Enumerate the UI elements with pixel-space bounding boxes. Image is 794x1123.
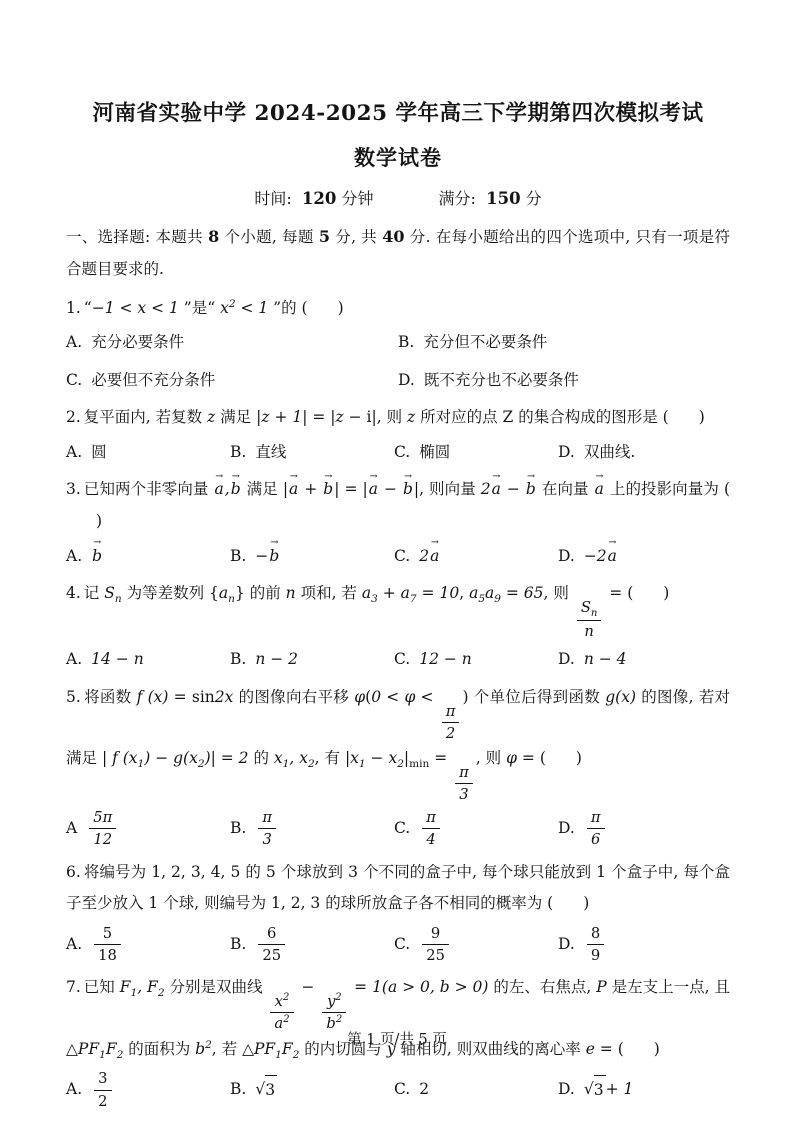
math-segment: 2: [481, 480, 491, 498]
text-segment: 直线: [255, 438, 286, 467]
text-segment: 必要但不充分条件: [91, 366, 215, 395]
fraction-numerator: π: [455, 763, 473, 784]
fraction-numerator: 9: [422, 924, 449, 945]
math-segment: f (x) =: [137, 688, 192, 706]
q1-option-D: D.既不充分也不必要条件: [398, 366, 730, 395]
math-segment: = 10: [417, 584, 460, 602]
fraction: π3: [258, 808, 276, 849]
math-segment: , x: [289, 749, 308, 767]
math-segment: (: [663, 408, 669, 426]
question-stem: 7.已知 F1, F2 分别是双曲线 x2a2 − y2b2 = 1(a > 0…: [66, 972, 730, 1065]
math-segment: ,: [225, 480, 230, 498]
math-segment: −: [379, 480, 402, 498]
page-footer: 第 1 页/共 5 页: [0, 1028, 794, 1049]
math-segment: a: [219, 584, 228, 602]
text-segment: 的前: [245, 584, 286, 602]
math-segment: ): [576, 749, 582, 767]
fraction: Snn: [577, 598, 602, 641]
options-grid: A.充分必要条件B.充分但不必要条件C.必要但不充分条件D.既不充分也不必要条件: [66, 328, 730, 395]
question-1: 1.“−1 < x < 1 ”是“ x2 < 1 ”的 ()A.充分必要条件B.…: [66, 293, 730, 396]
vector-symbol: a: [595, 474, 604, 506]
text-segment: ”的: [268, 299, 301, 317]
q4-option-C: C.12 − n: [394, 645, 558, 674]
subscript: 7: [410, 593, 417, 605]
math-segment: x: [274, 749, 283, 767]
math-segment: 8: [591, 925, 600, 942]
math-segment: 5: [103, 925, 112, 942]
text-segment: 已知: [84, 978, 120, 996]
vector-symbol: a: [289, 474, 298, 506]
fraction: 925: [422, 924, 449, 965]
math-segment: z: [407, 408, 415, 426]
text-segment: 个单位后得到函数: [469, 688, 606, 706]
option-label: D.: [558, 645, 575, 674]
q2-option-C: C.椭圆: [394, 438, 558, 467]
math-segment: 2: [419, 542, 429, 571]
math-segment: (: [302, 299, 308, 317]
math-segment: a: [362, 584, 371, 602]
radical-sign: √: [584, 1075, 594, 1105]
q2-option-B: B.直线: [230, 438, 394, 467]
text-segment: 双曲线.: [584, 438, 635, 467]
q4-option-A: A.14 − n: [66, 645, 230, 674]
text-segment: 已知两个非零向量: [84, 480, 214, 498]
text-segment: , 则向量: [419, 480, 481, 498]
option-content: 32: [91, 1069, 114, 1110]
text-segment: 满足: [215, 408, 256, 426]
math-segment: 9: [431, 925, 440, 942]
math-segment: =: [429, 749, 452, 767]
fraction-numerator: π: [587, 808, 605, 829]
options-grid: A.32B.√3C.2D.√3 + 1: [66, 1069, 730, 1110]
options-grid: A.圆B.直线C.椭圆D.双曲线.: [66, 438, 730, 467]
fraction: 32: [94, 1069, 111, 1110]
math-segment: + 1: [606, 1075, 634, 1104]
fraction-numerator: 5π: [89, 808, 116, 829]
option-label: D.: [558, 814, 575, 843]
score-value: 150: [486, 189, 520, 208]
option-content: 925: [419, 924, 452, 965]
math-segment: 2: [446, 725, 455, 742]
fraction: π3: [455, 763, 473, 804]
option-label: B.: [230, 930, 246, 959]
time-unit: 分钟: [341, 189, 373, 208]
math-segment: (: [547, 894, 553, 912]
text-segment: 一、选择题: 本题共: [66, 228, 208, 246]
math-segment: + a: [378, 584, 410, 602]
math-segment: 6: [591, 831, 600, 848]
option-content: 625: [255, 924, 288, 965]
text-segment: ”是“: [179, 299, 220, 317]
exam-subtitle: 数学试卷: [66, 142, 730, 172]
math-segment: }: [235, 584, 245, 602]
options-grid: A.bB.−bC.2aD.−2a: [66, 542, 730, 571]
text-segment: , 则: [377, 408, 407, 426]
option-label: A.: [66, 930, 82, 959]
option-label: B.: [230, 814, 246, 843]
math-segment: 12 − n: [419, 645, 472, 674]
text-segment: 满足: [242, 480, 283, 498]
math-segment: x: [220, 299, 229, 317]
math-segment: 3: [98, 1070, 107, 1087]
vector-symbol: a: [369, 474, 378, 506]
math-segment: F: [120, 978, 131, 996]
question-number: 5.: [66, 688, 81, 706]
option-content: 双曲线.: [584, 438, 635, 467]
math-segment: 3: [459, 786, 468, 803]
options-grid: A5π12B.π3C.π4D.π6: [66, 808, 730, 849]
bold-text-segment: 8: [208, 227, 219, 246]
math-segment: (: [540, 749, 546, 767]
option-content: 圆: [91, 438, 107, 467]
option-label: A.: [66, 328, 82, 357]
fraction-numerator: x2: [270, 992, 293, 1013]
text-segment: 是左支上一点, 且: [607, 978, 730, 996]
options-grid: A.14 − nB.n − 2C.12 − nD.n − 4: [66, 645, 730, 674]
text-segment: 既不充分也不必要条件: [424, 366, 579, 395]
bold-text-segment: 5: [319, 227, 330, 246]
math-segment: S: [581, 599, 591, 616]
math-segment: φ: [354, 688, 365, 706]
question-stem: 4.记 Sn 为等差数列 {an} 的前 n 项和, 若 a3 + a7 = 1…: [66, 578, 730, 641]
q3-option-C: C.2a: [394, 542, 558, 571]
q2-option-A: A.圆: [66, 438, 230, 467]
question-6: 6.将编号为 1, 2, 3, 4, 5 的 5 个球放到 3 个不同的盒子中,…: [66, 857, 730, 966]
vector-symbol: b: [231, 474, 241, 506]
option-content: 必要但不充分条件: [91, 366, 215, 395]
subscript: 9: [494, 593, 501, 605]
math-segment: 2: [419, 1075, 429, 1104]
math-segment: 5π: [93, 809, 112, 826]
fraction: π6: [587, 808, 605, 849]
subscript: n: [591, 608, 597, 619]
question-stem: 3.已知两个非零向量 a,b 满足 |a + b| = |a − b|, 则向量…: [66, 474, 730, 538]
superscript: 2: [283, 992, 289, 1003]
option-label: C.: [394, 542, 410, 571]
option-content: √3: [255, 1075, 277, 1105]
fraction: π4: [422, 808, 440, 849]
math-segment: (: [627, 584, 633, 602]
fraction-denominator: 9: [587, 945, 604, 965]
text-segment: 在向量: [537, 480, 594, 498]
math-segment: π: [446, 703, 456, 720]
fraction-numerator: 6: [258, 924, 285, 945]
fraction: 625: [258, 924, 285, 965]
q6-option-B: B.625: [230, 924, 394, 965]
q7-option-D: D.√3 + 1: [558, 1075, 730, 1105]
option-content: 椭圆: [419, 438, 450, 467]
math-segment: a: [485, 584, 494, 602]
fraction-numerator: 5: [94, 924, 121, 945]
math-segment: )| = 2: [205, 749, 249, 767]
option-label: D.: [558, 438, 575, 467]
fraction-denominator: 3: [258, 829, 276, 849]
math-segment: (: [724, 480, 730, 498]
math-segment: sin: [192, 688, 215, 706]
text-segment: ,: [459, 584, 469, 602]
text-segment: 的: [249, 749, 274, 767]
option-content: 518: [91, 924, 124, 965]
option-label: A.: [66, 438, 82, 467]
math-segment: n − 2: [255, 645, 298, 674]
fraction-denominator: 18: [94, 945, 121, 965]
option-label: C.: [394, 1075, 410, 1104]
text-segment: 上的投影向量为: [605, 480, 724, 498]
option-label: A: [66, 814, 77, 843]
q5-option-B: B.π3: [230, 808, 394, 849]
vector-symbol: a: [492, 474, 501, 506]
option-label: B.: [398, 328, 414, 357]
q3-option-B: B.−b: [230, 542, 394, 571]
subscript: 2: [308, 758, 315, 770]
math-segment: P: [596, 978, 606, 996]
math-segment: π: [459, 764, 469, 781]
math-segment: 14 − n: [91, 645, 144, 674]
fraction-denominator: n: [577, 621, 602, 641]
option-content: π6: [584, 808, 608, 849]
q1-option-A: A.充分必要条件: [66, 328, 398, 357]
math-segment: ): [663, 584, 669, 602]
math-segment: ) − g(x: [144, 749, 198, 767]
vector-symbol: b: [323, 474, 333, 506]
option-content: n − 2: [255, 645, 298, 674]
fraction-numerator: π: [422, 808, 440, 829]
text-segment: 的左、右焦点,: [488, 978, 596, 996]
math-segment: ): [338, 299, 344, 317]
math-segment: = 1(a > 0, b > 0): [349, 978, 488, 996]
option-content: 12 − n: [419, 645, 472, 674]
q5-option-D: D.π6: [558, 808, 730, 849]
subscript: 1: [359, 758, 366, 770]
question-stem: 5.将函数 f (x) = sin2x 的图像向右平移 φ(0 < φ < π2…: [66, 682, 730, 804]
option-content: √3 + 1: [584, 1075, 634, 1105]
options-grid: A.518B.625C.925D.89: [66, 924, 730, 965]
math-segment: 25: [426, 947, 445, 964]
math-segment: 6: [267, 925, 276, 942]
subscript: 2: [198, 758, 205, 770]
radicand: 3: [265, 1075, 277, 1105]
option-content: −2a: [584, 542, 618, 571]
radical-sign: √: [255, 1075, 265, 1105]
vector-symbol: b: [526, 474, 536, 506]
option-content: b: [91, 542, 103, 571]
question-number: 3.: [66, 480, 81, 498]
option-content: −b: [255, 542, 280, 571]
option-label: B.: [230, 542, 246, 571]
math-segment: π: [426, 809, 436, 826]
q5-option-C: C.π4: [394, 808, 558, 849]
math-segment: π: [591, 809, 601, 826]
question-stem: 6.将编号为 1, 2, 3, 4, 5 的 5 个球放到 3 个不同的盒子中,…: [66, 857, 730, 921]
math-segment: 2: [98, 1093, 107, 1110]
math-segment: +: [299, 480, 322, 498]
option-content: 5π12: [86, 808, 119, 849]
fraction: π2: [442, 702, 460, 743]
text-segment: 所对应的点: [415, 408, 502, 426]
math-segment: , F: [137, 978, 158, 996]
q7-option-C: C.2: [394, 1075, 558, 1104]
subscript: 2: [158, 987, 165, 999]
question-5: 5.将函数 f (x) = sin2x 的图像向右平移 φ(0 < φ < π2…: [66, 682, 730, 850]
math-segment: −1 < x < 1: [92, 299, 179, 317]
fraction-denominator: 25: [422, 945, 449, 965]
math-segment: x: [275, 993, 283, 1010]
subscript: 3: [371, 593, 378, 605]
subscript: 2: [397, 758, 404, 770]
option-label: B.: [230, 1075, 246, 1104]
math-segment: |: [283, 480, 288, 498]
math-segment: Z: [503, 408, 514, 426]
text-segment: 圆: [91, 438, 107, 467]
math-segment: −2: [584, 542, 607, 571]
math-segment: a: [469, 584, 478, 602]
math-segment: 25: [262, 947, 281, 964]
vector-symbol: a: [608, 542, 617, 571]
question-number: 1.: [66, 299, 81, 317]
text-segment: 充分必要条件: [91, 328, 184, 357]
option-content: 2: [419, 1075, 429, 1104]
text-segment: 为等差数列: [122, 584, 209, 602]
subscript: n: [228, 593, 235, 605]
fraction-denominator: 12: [89, 829, 116, 849]
option-content: 2a: [419, 542, 440, 571]
fraction-denominator: 4: [422, 829, 440, 849]
fraction-denominator: 3: [455, 784, 473, 804]
math-segment: π: [262, 809, 272, 826]
text-segment: , 有: [315, 749, 345, 767]
q7-option-B: B.√3: [230, 1075, 394, 1105]
vector-symbol: b: [269, 542, 279, 571]
text-segment: 椭圆: [419, 438, 450, 467]
option-content: π3: [255, 808, 279, 849]
q4-option-D: D.n − 4: [558, 645, 730, 674]
subscript: 1: [275, 1049, 282, 1061]
math-segment: S: [104, 584, 115, 602]
question-2: 2.复平面内, 若复数 z 满足 |z + 1| = |z − i|, 则 z …: [66, 402, 730, 467]
option-label: A.: [66, 542, 82, 571]
text-segment: 将编号为 1, 2, 3, 4, 5 的 5 个球放到 3 个不同的盒子中, 每…: [66, 863, 730, 913]
text-segment: , 则: [476, 749, 506, 767]
subscript: n: [115, 593, 122, 605]
text-segment: 项和, 若: [296, 584, 362, 602]
option-label: A.: [66, 645, 82, 674]
option-label: D.: [558, 930, 575, 959]
option-content: π4: [419, 808, 443, 849]
text-segment: , 则: [544, 584, 574, 602]
fraction-numerator: 8: [587, 924, 604, 945]
time-info: 时间: 120 分钟: [254, 189, 373, 208]
section-intro: 一、选择题: 本题共 8 个小题, 每题 5 分, 共 40 分. 在每小题给出…: [66, 221, 730, 286]
math-segment: n: [286, 584, 296, 602]
q7-option-A: A.32: [66, 1069, 230, 1110]
exam-meta: 时间: 120 分钟 满分: 150 分: [66, 186, 730, 209]
text-segment: 的集合构成的图形是: [513, 408, 662, 426]
exam-page: 河南省实验中学 2024-2025 学年高三下学期第四次模拟考试 数学试卷 时间…: [0, 0, 794, 1123]
fraction: 5π12: [89, 808, 116, 849]
option-label: D.: [558, 542, 575, 571]
q6-option-D: D.89: [558, 924, 730, 965]
option-content: 14 − n: [91, 645, 144, 674]
fraction-numerator: Sn: [577, 598, 602, 621]
fraction: 518: [94, 924, 121, 965]
math-segment: n − 4: [584, 645, 627, 674]
option-label: D.: [558, 1075, 575, 1104]
option-label: C.: [394, 438, 410, 467]
text-segment: 记: [84, 584, 104, 602]
q6-option-A: A.518: [66, 924, 230, 965]
option-label: C.: [394, 645, 410, 674]
text-segment: 充分但不必要条件: [423, 328, 547, 357]
fraction-numerator: π: [258, 808, 276, 829]
option-label: C.: [394, 814, 410, 843]
q3-option-D: D.−2a: [558, 542, 730, 571]
math-segment: φ =: [506, 749, 540, 767]
text-segment: 的图像向右平移: [233, 688, 354, 706]
text-segment: 分, 共: [330, 228, 382, 246]
superscript: 2: [283, 1015, 289, 1026]
option-content: 充分必要条件: [91, 328, 184, 357]
question-list: 1.“−1 < x < 1 ”是“ x2 < 1 ”的 ()A.充分必要条件B.…: [66, 293, 730, 1111]
bold-text-segment: 40: [382, 227, 404, 246]
q3-option-A: A.b: [66, 542, 230, 571]
text-segment: 个小题, 每题: [219, 228, 319, 246]
q6-option-C: C.925: [394, 924, 558, 965]
score-info: 满分: 150 分: [439, 189, 542, 208]
math-segment: ): [96, 512, 102, 530]
superscript: 2: [335, 992, 341, 1003]
question-stem: 2.复平面内, 若复数 z 满足 |z + 1| = |z − i|, 则 z …: [66, 402, 730, 434]
math-segment: −: [502, 480, 525, 498]
vector-symbol: b: [92, 542, 102, 571]
vector-symbol: a: [430, 542, 439, 571]
question-4: 4.记 Sn 为等差数列 {an} 的前 n 项和, 若 a3 + a7 = 1…: [66, 578, 730, 675]
subscript: min: [409, 758, 429, 770]
math-segment: −: [255, 542, 268, 571]
math-segment: −: [297, 978, 320, 996]
math-segment: ): [583, 894, 589, 912]
exam-title: 河南省实验中学 2024-2025 学年高三下学期第四次模拟考试: [66, 96, 730, 127]
q4-option-B: B.n − 2: [230, 645, 394, 674]
q2-option-D: D.双曲线.: [558, 438, 730, 467]
math-segment: 2x: [215, 688, 234, 706]
math-segment: 12: [93, 831, 112, 848]
question-number: 7.: [66, 978, 81, 996]
option-label: C.: [66, 366, 82, 395]
math-segment: < 1: [236, 299, 269, 317]
vector-symbol: b: [403, 474, 413, 506]
superscript: 2: [229, 297, 236, 309]
question-3: 3.已知两个非零向量 a,b 满足 |a + b| = |a − b|, 则向量…: [66, 474, 730, 571]
math-segment: | f (x: [102, 749, 138, 767]
math-segment: 4: [426, 831, 435, 848]
q1-option-C: C.必要但不充分条件: [66, 366, 398, 395]
subscript: 1: [99, 1049, 106, 1061]
fraction: 89: [587, 924, 604, 965]
math-segment: 9: [591, 947, 600, 964]
option-label: A.: [66, 1075, 82, 1104]
option-content: 充分但不必要条件: [423, 328, 547, 357]
question-number: 2.: [66, 408, 81, 426]
math-segment: 0 < φ <: [371, 688, 439, 706]
radicand: 3: [594, 1075, 606, 1105]
score-unit: 分: [526, 189, 542, 208]
fraction-denominator: 6: [587, 829, 605, 849]
superscript: 2: [336, 1015, 342, 1026]
math-segment: 3: [262, 831, 271, 848]
question-stem: 1.“−1 < x < 1 ”是“ x2 < 1 ”的 (): [66, 293, 730, 325]
text-segment: 复平面内, 若复数: [84, 408, 207, 426]
score-label: 满分:: [439, 189, 476, 208]
